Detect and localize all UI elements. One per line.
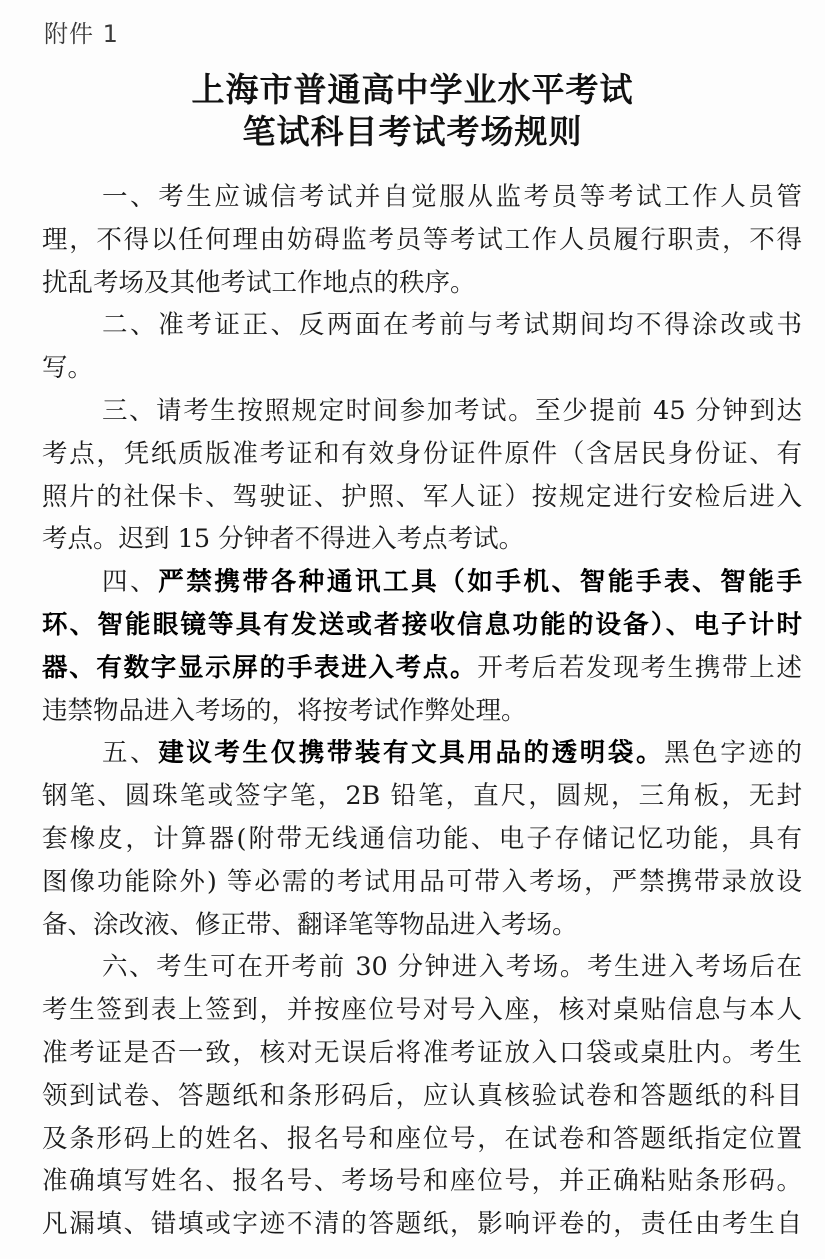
rule-line: 三、请考生按照规定时间参加考试。至少提前 45 分钟到达 [42, 390, 802, 433]
rule-line: 图像功能除外) 等必需的考试用品可带入考场，严禁携带录放设 [42, 861, 802, 904]
rule-text: 钢笔、圆珠笔或签字笔，2B 铅笔，直尺，圆规，三角板，无封 [42, 781, 802, 811]
rule-emphasis: 器、有数字显示屏的手表进入考点。 [42, 653, 477, 683]
rule-text: 图像功能除外) 等必需的考试用品可带入考场，严禁携带录放设 [42, 867, 802, 897]
rule-line: 违禁物品进入考场的，将按考试作弊处理。 [42, 690, 802, 733]
rule-line: 准考证是否一致，核对无误后将准考证放入口袋或桌肚内。考生 [42, 1032, 802, 1075]
rule-line: 考点，凭纸质版准考证和有效身份证件原件（含居民身份证、有 [42, 433, 802, 476]
rule-line: 六、考生可在开考前 30 分钟进入考场。考生进入考场后在 [42, 946, 802, 989]
rule-emphasis: 严禁携带各种通讯工具（如手机、智能手表、智能手 [158, 567, 802, 597]
rule-text: 套橡皮，计算器(附带无线通信功能、电子存储记忆功能，具有 [42, 824, 802, 854]
document-page: 附件 1 上海市普通高中学业水平考试 笔试科目考试考场规则 一、考生应诚信考试并… [0, 0, 825, 1259]
rule-line: 四、严禁携带各种通讯工具（如手机、智能手表、智能手 [42, 561, 802, 604]
rule-line: 照片的社保卡、驾驶证、护照、军人证）按规定进行安检后进入 [42, 476, 802, 519]
rules-body: 一、考生应诚信考试并自觉服从监考员等考试工作人员管 理，不得以任何理由妨碍监考员… [42, 176, 802, 1246]
document-title-line-2: 笔试科目考试考场规则 [0, 106, 825, 153]
rule-number: 四、 [102, 567, 158, 597]
rule-section-1: 一、考生应诚信考试并自觉服从监考员等考试工作人员管 理，不得以任何理由妨碍监考员… [42, 176, 802, 304]
rule-line: 钢笔、圆珠笔或签字笔，2B 铅笔，直尺，圆规，三角板，无封 [42, 775, 802, 818]
rule-line: 考生签到表上签到，并按座位号对号入座，核对桌贴信息与本人 [42, 989, 802, 1032]
rule-emphasis: 环、智能眼镜等具有发送或者接收信息功能的设备）、电子计时 [42, 610, 802, 640]
rule-line: 扰乱考场及其他考试工作地点的秩序。 [42, 262, 802, 305]
rule-line: 考点。迟到 15 分钟者不得进入考点考试。 [42, 518, 802, 561]
rule-text: 备、涂改液、修正带、翻译笔等物品进入考场。 [42, 910, 578, 940]
rule-line: 及条形码上的姓名、报名号和座位号，在试卷和答题纸指定位置 [42, 1118, 802, 1161]
rule-line: 二、准考证正、反两面在考前与考试期间均不得涂改或书 [42, 304, 802, 347]
rule-section-3: 三、请考生按照规定时间参加考试。至少提前 45 分钟到达 考点，凭纸质版准考证和… [42, 390, 802, 561]
rule-line: 领到试卷、答题纸和条形码后，应认真核验试卷和答题纸的科目 [42, 1075, 802, 1118]
rule-text: 开考后若发现考生携带上述 [477, 653, 802, 683]
rule-text: 违禁物品进入考场的，将按考试作弊处理。 [42, 696, 527, 726]
rule-line: 备、涂改液、修正带、翻译笔等物品进入考场。 [42, 904, 802, 947]
rule-section-5: 五、建议考生仅携带装有文具用品的透明袋。黑色字迹的 钢笔、圆珠笔或签字笔，2B … [42, 732, 802, 946]
rule-section-6: 六、考生可在开考前 30 分钟进入考场。考生进入考场后在 考生签到表上签到，并按… [42, 946, 802, 1246]
rule-line: 准确填写姓名、报名号、考场号和座位号，并正确粘贴条形码。 [42, 1160, 802, 1203]
rule-line: 套橡皮，计算器(附带无线通信功能、电子存储记忆功能，具有 [42, 818, 802, 861]
rule-line: 写。 [42, 347, 802, 390]
rule-section-2: 二、准考证正、反两面在考前与考试期间均不得涂改或书 写。 [42, 304, 802, 390]
rule-emphasis: 建议考生仅携带装有文具用品的透明袋。 [158, 738, 664, 768]
rule-number: 五、 [102, 738, 158, 768]
rule-section-4: 四、严禁携带各种通讯工具（如手机、智能手表、智能手 环、智能眼镜等具有发送或者接… [42, 561, 802, 732]
rule-line: 五、建议考生仅携带装有文具用品的透明袋。黑色字迹的 [42, 732, 802, 775]
attachment-label: 附件 1 [44, 14, 119, 49]
document-title-line-1: 上海市普通高中学业水平考试 [0, 64, 825, 111]
rule-line: 器、有数字显示屏的手表进入考点。开考后若发现考生携带上述 [42, 647, 802, 690]
rule-line: 凡漏填、错填或字迹不清的答题纸，影响评卷的，责任由考生自 [42, 1203, 802, 1246]
rule-line: 理，不得以任何理由妨碍监考员等考试工作人员履行职责，不得 [42, 219, 802, 262]
rule-text: 黑色字迹的 [664, 738, 802, 768]
rule-line: 一、考生应诚信考试并自觉服从监考员等考试工作人员管 [42, 176, 802, 219]
rule-line: 环、智能眼镜等具有发送或者接收信息功能的设备）、电子计时 [42, 604, 802, 647]
